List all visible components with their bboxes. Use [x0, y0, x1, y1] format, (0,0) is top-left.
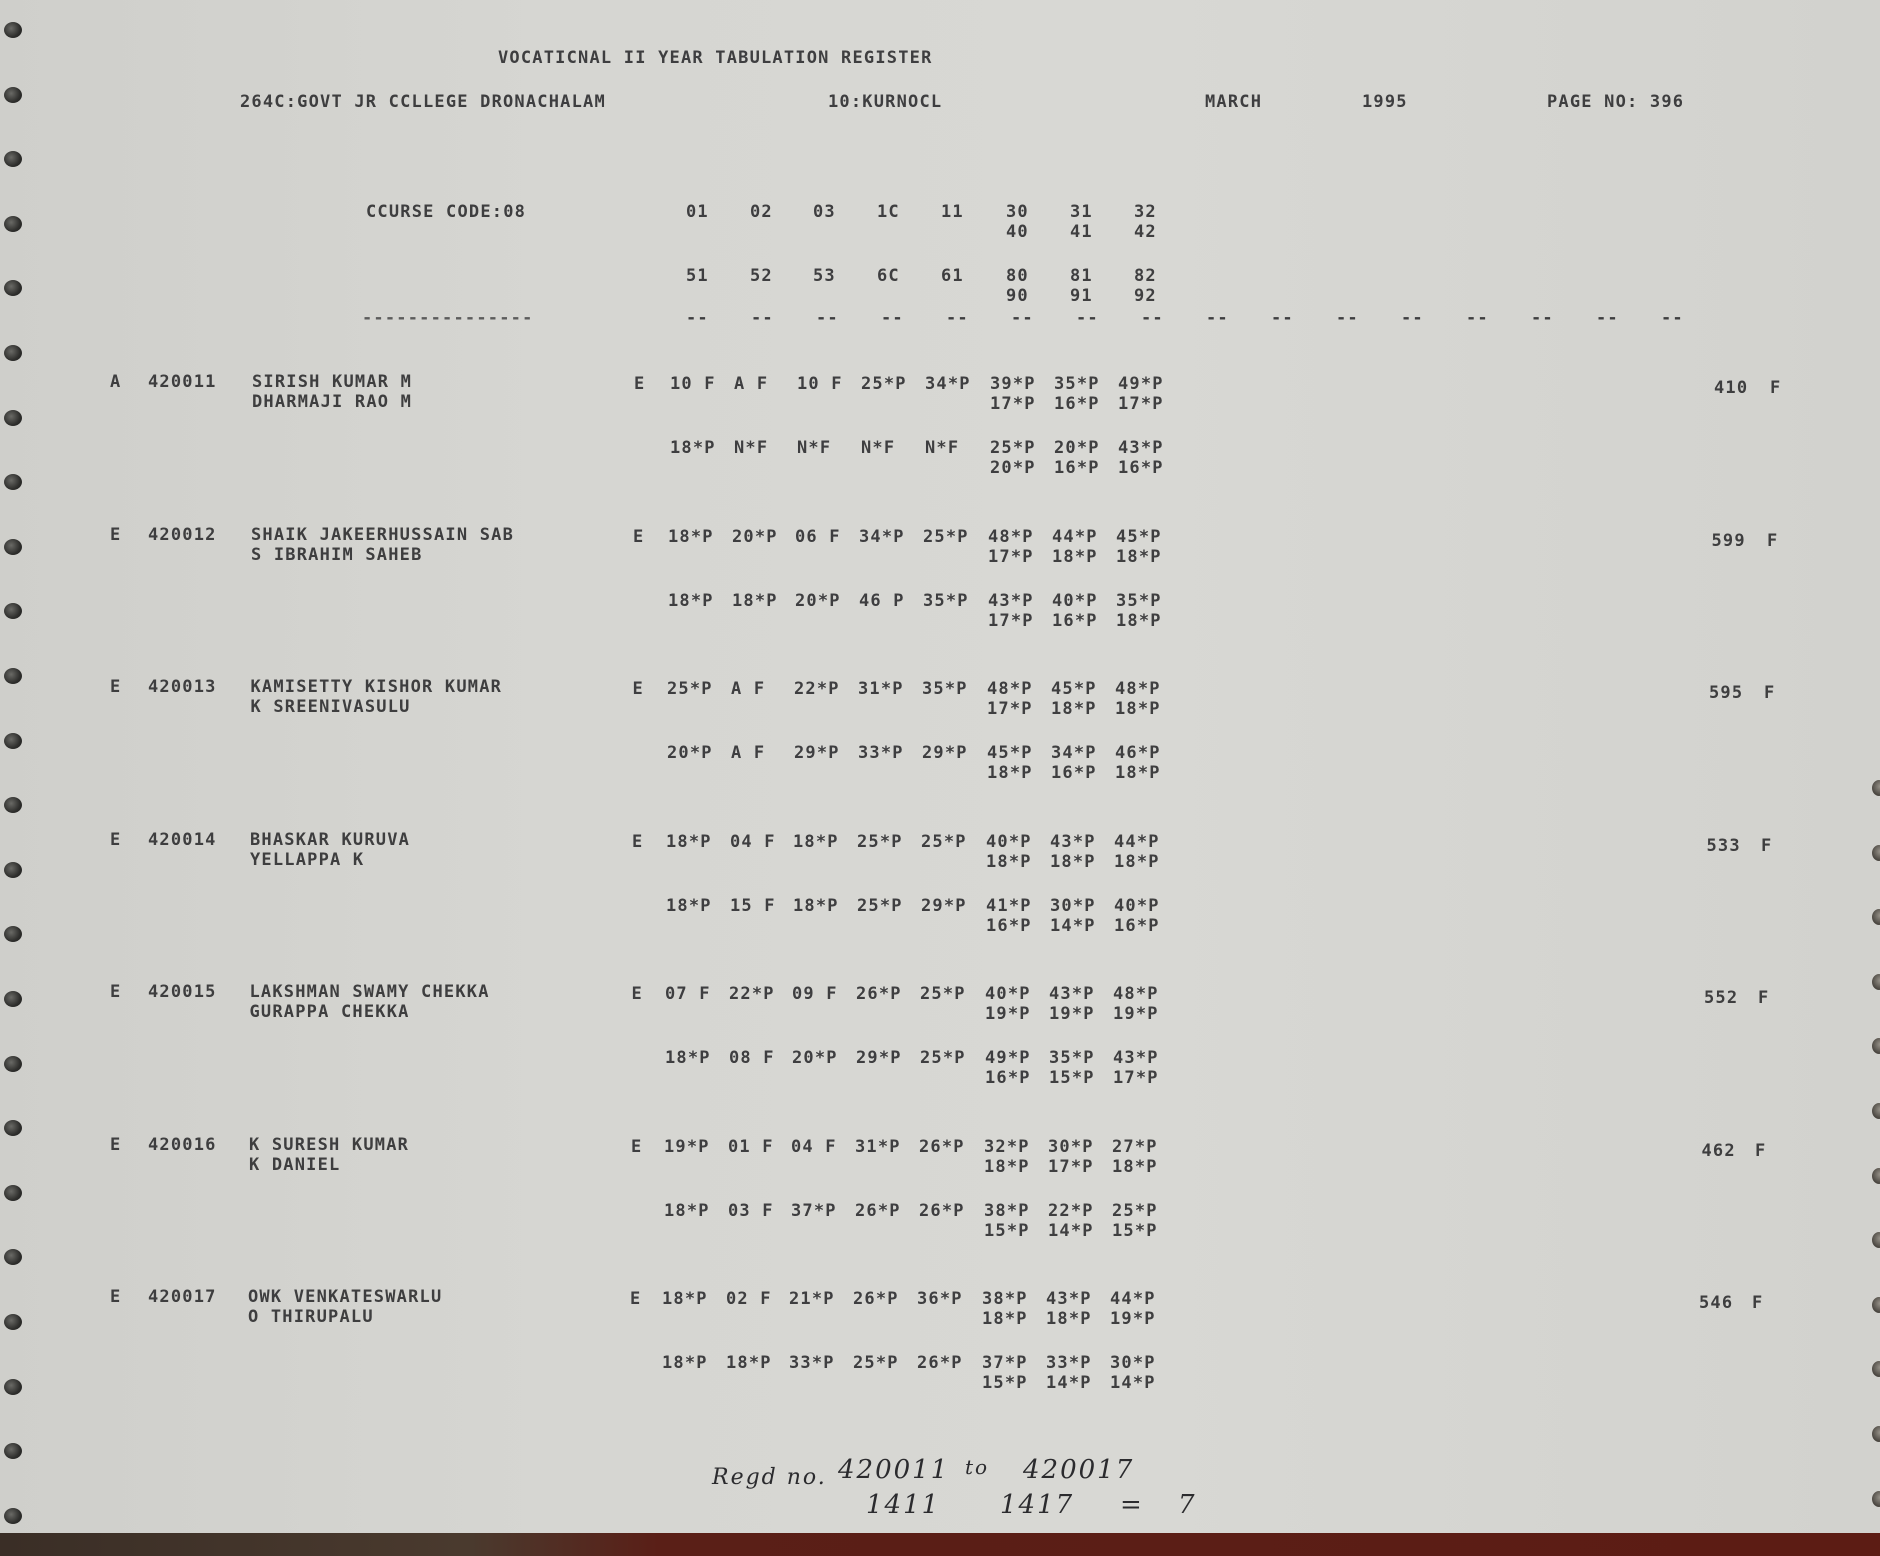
subject-mark: 45*P	[987, 743, 1033, 763]
column-divider: --	[1206, 308, 1229, 328]
punch-hole-icon	[4, 1056, 22, 1072]
subject-mark: 43*P	[1049, 984, 1095, 1004]
exam-month: MARCH	[1205, 92, 1262, 112]
medium-code: E	[631, 1137, 642, 1157]
subject-mark: 25*P	[1112, 1201, 1158, 1221]
subject-sub-code: 42	[1134, 222, 1157, 242]
subject-mark: 43*P	[1046, 1289, 1092, 1309]
subject-mark: 31*P	[855, 1137, 901, 1157]
subject-mark: 48*P	[1113, 984, 1159, 1004]
total-marks: 546	[1699, 1293, 1733, 1313]
subject-sub-mark: 15*P	[1112, 1221, 1158, 1241]
subject-mark: 33*P	[858, 743, 904, 763]
subject-mark: 01 F	[728, 1137, 774, 1157]
subject-sub-mark: 18*P	[1115, 699, 1161, 719]
subject-code: 81	[1070, 266, 1093, 286]
note-label: Regd no.	[712, 1465, 827, 1490]
subject-mark: 25*P	[921, 832, 967, 852]
subject-mark: 25*P	[923, 527, 969, 547]
medium-code: E	[630, 1289, 641, 1309]
note-seq-from: 1411	[866, 1490, 940, 1520]
subject-code: 30	[1006, 202, 1029, 222]
subject-mark: 43*P	[988, 591, 1034, 611]
registration-number: 420012	[148, 525, 217, 545]
subject-sub-mark: 16*P	[985, 1068, 1031, 1088]
subject-sub-mark: 15*P	[984, 1221, 1030, 1241]
subject-mark: 04 F	[791, 1137, 837, 1157]
subject-sub-mark: 15*P	[982, 1373, 1028, 1393]
student-name: OWK VENKATESWARLU	[248, 1287, 442, 1307]
record-category: E	[110, 982, 121, 1002]
subject-code: 82	[1134, 266, 1157, 286]
subject-mark: 20*P	[1054, 438, 1100, 458]
column-divider: --	[1336, 308, 1359, 328]
record-category: E	[110, 1287, 121, 1307]
father-name: K SREENIVASULU	[251, 697, 411, 717]
record-category: E	[110, 525, 121, 545]
record-category: E	[110, 1135, 121, 1155]
punch-hole-icon	[4, 410, 22, 426]
punch-hole-icon	[4, 22, 22, 38]
subject-mark: 26*P	[855, 1201, 901, 1221]
subject-sub-mark: 18*P	[1115, 763, 1161, 783]
subject-code: 01	[686, 202, 709, 222]
subject-mark: 38*P	[984, 1201, 1030, 1221]
registration-number: 420013	[148, 677, 217, 697]
subject-mark: 41*P	[986, 896, 1032, 916]
subject-code: 31	[1070, 202, 1093, 222]
column-divider: --	[686, 308, 709, 328]
subject-mark: 31*P	[858, 679, 904, 699]
subject-mark: A F	[734, 374, 768, 394]
column-divider: --	[1531, 308, 1554, 328]
subject-mark: 15 F	[730, 896, 776, 916]
student-name: SIRISH KUMAR M	[252, 372, 412, 392]
subject-code: 32	[1134, 202, 1157, 222]
subject-sub-mark: 18*P	[1112, 1157, 1158, 1177]
subject-sub-code: 90	[1006, 286, 1029, 306]
column-divider: --	[1596, 308, 1619, 328]
registration-number: 420017	[148, 1287, 217, 1307]
subject-sub-mark: 14*P	[1046, 1373, 1092, 1393]
register-title: VOCATICNAL II YEAR TABULATION REGISTER	[498, 48, 933, 68]
subject-mark: 40*P	[1052, 591, 1098, 611]
subject-mark: 18*P	[670, 438, 716, 458]
subject-mark: 46*P	[1115, 743, 1161, 763]
punch-hole-icon	[4, 991, 22, 1007]
subject-mark: 43*P	[1118, 438, 1164, 458]
subject-sub-mark: 16*P	[1054, 394, 1100, 414]
subject-mark: 34*P	[859, 527, 905, 547]
punch-hole-icon	[4, 1185, 22, 1201]
student-name: KAMISETTY KISHOR KUMAR	[251, 677, 503, 697]
subject-mark: 45*P	[1051, 679, 1097, 699]
subject-mark: 26*P	[853, 1289, 899, 1309]
subject-mark: 20*P	[795, 591, 841, 611]
punch-hole-icon	[1872, 1297, 1880, 1313]
column-divider: --	[946, 308, 969, 328]
subject-sub-mark: 18*P	[984, 1157, 1030, 1177]
punch-hole-icon	[1872, 845, 1880, 861]
record-category: E	[110, 677, 121, 697]
subject-mark: 25*P	[857, 896, 903, 916]
subject-mark: 06 F	[795, 527, 841, 547]
subject-mark: 18*P	[668, 591, 714, 611]
subject-mark: 30*P	[1050, 896, 1096, 916]
total-marks: 599	[1712, 531, 1746, 551]
subject-mark: 09 F	[792, 984, 838, 1004]
subject-mark: 20*P	[667, 743, 713, 763]
subject-mark: 40*P	[1114, 896, 1160, 916]
punch-hole-icon	[4, 862, 22, 878]
subject-sub-code: 40	[1006, 222, 1029, 242]
total-marks: 462	[1702, 1141, 1736, 1161]
record-category: E	[110, 830, 121, 850]
subject-mark: 10 F	[797, 374, 843, 394]
subject-mark: 33*P	[789, 1353, 835, 1373]
subject-code: 6C	[877, 266, 900, 286]
subject-mark: 44*P	[1114, 832, 1160, 852]
subject-sub-mark: 17*P	[1118, 394, 1164, 414]
subject-mark: 26*P	[917, 1353, 963, 1373]
subject-mark: 30*P	[1048, 1137, 1094, 1157]
subject-mark: 22*P	[729, 984, 775, 1004]
subject-mark: 18*P	[665, 1048, 711, 1068]
subject-sub-mark: 18*P	[986, 852, 1032, 872]
punch-hole-icon	[4, 733, 22, 749]
subject-mark: 35*P	[1049, 1048, 1095, 1068]
subject-sub-mark: 17*P	[987, 699, 1033, 719]
subject-code: 80	[1006, 266, 1029, 286]
subject-sub-mark: 14*P	[1048, 1221, 1094, 1241]
subject-mark: 21*P	[789, 1289, 835, 1309]
subject-mark: 18*P	[793, 896, 839, 916]
subject-mark: 39*P	[990, 374, 1036, 394]
subject-mark: 18*P	[666, 832, 712, 852]
subject-mark: 43*P	[1050, 832, 1096, 852]
subject-mark: 33*P	[1046, 1353, 1092, 1373]
result-status: F	[1755, 1141, 1766, 1161]
subject-mark: 18*P	[664, 1201, 710, 1221]
subject-sub-mark: 17*P	[988, 611, 1034, 631]
subject-mark: 25*P	[920, 984, 966, 1004]
subject-sub-mark: 17*P	[990, 394, 1036, 414]
subject-mark: 44*P	[1110, 1289, 1156, 1309]
record-category: A	[110, 372, 121, 392]
subject-sub-mark: 18*P	[1116, 547, 1162, 567]
result-status: F	[1764, 683, 1775, 703]
subject-mark: 22*P	[1048, 1201, 1094, 1221]
note-seq-to: 1417	[1000, 1490, 1074, 1520]
note-equals: =	[1120, 1490, 1144, 1520]
subject-sub-mark: 18*P	[1052, 547, 1098, 567]
result-status: F	[1761, 836, 1772, 856]
subject-sub-mark: 18*P	[1116, 611, 1162, 631]
subject-sub-mark: 16*P	[1054, 458, 1100, 478]
subject-mark: 08 F	[729, 1048, 775, 1068]
district-name: 10:KURNOCL	[828, 92, 942, 112]
subject-mark: 29*P	[794, 743, 840, 763]
subject-mark: 19*P	[664, 1137, 710, 1157]
subject-mark: 49*P	[1118, 374, 1164, 394]
subject-mark: 34*P	[925, 374, 971, 394]
subject-code: 51	[686, 266, 709, 286]
medium-code: E	[633, 527, 644, 547]
punch-hole-icon	[4, 1379, 22, 1395]
medium-code: E	[634, 374, 645, 394]
column-divider: --	[1401, 308, 1424, 328]
subject-mark: 18*P	[732, 591, 778, 611]
father-name: S IBRAHIM SAHEB	[251, 545, 423, 565]
subject-code: 11	[941, 202, 964, 222]
punch-hole-icon	[4, 345, 22, 361]
subject-sub-mark: 14*P	[1110, 1373, 1156, 1393]
subject-mark: A F	[731, 743, 765, 763]
column-divider: --	[881, 308, 904, 328]
subject-code: 1C	[877, 202, 900, 222]
subject-mark: 07 F	[665, 984, 711, 1004]
father-name: GURAPPA CHEKKA	[250, 1002, 410, 1022]
note-reg-from: 420011	[838, 1455, 949, 1485]
subject-mark: N*F	[734, 438, 768, 458]
subject-sub-mark: 18*P	[982, 1309, 1028, 1329]
punch-hole-icon	[1872, 1168, 1880, 1184]
column-divider: --	[751, 308, 774, 328]
result-status: F	[1770, 378, 1781, 398]
subject-mark: 22*P	[794, 679, 840, 699]
subject-mark: 03 F	[728, 1201, 774, 1221]
subject-code: 52	[750, 266, 773, 286]
subject-mark: 26*P	[856, 984, 902, 1004]
punch-hole-icon	[4, 1314, 22, 1330]
student-name: SHAIK JAKEERHUSSAIN SAB	[251, 525, 514, 545]
subject-mark: 37*P	[982, 1353, 1028, 1373]
punch-hole-icon	[1872, 909, 1880, 925]
registration-number: 420016	[148, 1135, 217, 1155]
medium-code: E	[632, 984, 643, 1004]
subject-mark: 43*P	[1113, 1048, 1159, 1068]
page-number: PAGE NO: 396	[1547, 92, 1684, 112]
subject-mark: 44*P	[1052, 527, 1098, 547]
note-sep: to	[965, 1455, 989, 1479]
subject-mark: 25*P	[853, 1353, 899, 1373]
punch-hole-icon	[4, 668, 22, 684]
subject-mark: 25*P	[861, 374, 907, 394]
subject-mark: N*F	[925, 438, 959, 458]
subject-mark: A F	[731, 679, 765, 699]
subject-sub-mark: 19*P	[1113, 1004, 1159, 1024]
total-marks: 410	[1714, 378, 1748, 398]
subject-mark: 10 F	[670, 374, 716, 394]
subject-mark: 26*P	[919, 1201, 965, 1221]
subject-sub-mark: 17*P	[1048, 1157, 1094, 1177]
registration-number: 420015	[148, 982, 217, 1002]
column-divider: --	[1661, 308, 1684, 328]
subject-mark: 02 F	[726, 1289, 772, 1309]
subject-mark: 49*P	[985, 1048, 1031, 1068]
father-name: K DANIEL	[249, 1155, 340, 1175]
registration-number: 420011	[148, 372, 217, 392]
college-name: 264C:GOVT JR CCLLEGE DRONACHALAM	[240, 92, 606, 112]
subject-mark: N*F	[861, 438, 895, 458]
course-label-underline: ---------------	[362, 308, 534, 328]
subject-mark: 18*P	[793, 832, 839, 852]
punch-hole-icon	[1872, 1491, 1880, 1507]
subject-sub-mark: 19*P	[1049, 1004, 1095, 1024]
subject-sub-mark: 17*P	[988, 547, 1034, 567]
subject-sub-mark: 14*P	[1050, 916, 1096, 936]
subject-sub-mark: 16*P	[986, 916, 1032, 936]
subject-mark: 35*P	[1116, 591, 1162, 611]
total-marks: 552	[1704, 988, 1738, 1008]
subject-mark: 29*P	[856, 1048, 902, 1068]
total-marks: 595	[1709, 683, 1743, 703]
column-divider: --	[1141, 308, 1164, 328]
subject-sub-mark: 16*P	[1118, 458, 1164, 478]
subject-code: 61	[941, 266, 964, 286]
subject-sub-code: 41	[1070, 222, 1093, 242]
subject-sub-mark: 18*P	[987, 763, 1033, 783]
medium-code: E	[633, 679, 644, 699]
subject-mark: 18*P	[662, 1289, 708, 1309]
subject-mark: 35*P	[923, 591, 969, 611]
subject-sub-mark: 19*P	[985, 1004, 1031, 1024]
subject-mark: 37*P	[791, 1201, 837, 1221]
subject-code: 53	[813, 266, 836, 286]
subject-mark: 25*P	[667, 679, 713, 699]
subject-mark: 46 P	[859, 591, 905, 611]
punch-hole-icon	[4, 216, 22, 232]
subject-mark: 26*P	[919, 1137, 965, 1157]
course-code-label: CCURSE CODE:08	[366, 202, 526, 222]
subject-sub-mark: 18*P	[1114, 852, 1160, 872]
subject-mark: 40*P	[986, 832, 1032, 852]
column-divider: --	[1466, 308, 1489, 328]
subject-sub-mark: 16*P	[1114, 916, 1160, 936]
student-name: K SURESH KUMAR	[249, 1135, 409, 1155]
subject-sub-code: 92	[1134, 286, 1157, 306]
punch-hole-icon	[4, 1508, 22, 1524]
student-name: LAKSHMAN SWAMY CHEKKA	[250, 982, 490, 1002]
subject-mark: 40*P	[985, 984, 1031, 1004]
subject-mark: 32*P	[984, 1137, 1030, 1157]
total-marks: 533	[1707, 836, 1741, 856]
father-name: O THIRUPALU	[248, 1307, 374, 1327]
punch-hole-icon	[1872, 1232, 1880, 1248]
punch-hole-icon	[1872, 1103, 1880, 1119]
subject-mark: 30*P	[1110, 1353, 1156, 1373]
subject-mark: 25*P	[990, 438, 1036, 458]
subject-mark: 20*P	[792, 1048, 838, 1068]
subject-mark: 27*P	[1112, 1137, 1158, 1157]
subject-code: 02	[750, 202, 773, 222]
column-divider: --	[1076, 308, 1099, 328]
note-reg-to: 420017	[1023, 1455, 1134, 1485]
subject-sub-code: 91	[1070, 286, 1093, 306]
subject-mark: 25*P	[857, 832, 903, 852]
subject-sub-mark: 18*P	[1051, 699, 1097, 719]
subject-sub-mark: 17*P	[1113, 1068, 1159, 1088]
subject-sub-mark: 18*P	[1050, 852, 1096, 872]
subject-mark: 36*P	[917, 1289, 963, 1309]
subject-mark: 29*P	[921, 896, 967, 916]
subject-mark: 45*P	[1116, 527, 1162, 547]
subject-mark: 48*P	[988, 527, 1034, 547]
result-status: F	[1767, 531, 1778, 551]
subject-code: 03	[813, 202, 836, 222]
desk-surface	[0, 1533, 1880, 1556]
student-name: BHASKAR KURUVA	[250, 830, 410, 850]
result-status: F	[1752, 1293, 1763, 1313]
subject-sub-mark: 20*P	[990, 458, 1036, 478]
subject-mark: 20*P	[732, 527, 778, 547]
subject-mark: 48*P	[987, 679, 1033, 699]
registration-number: 420014	[148, 830, 217, 850]
subject-mark: 18*P	[666, 896, 712, 916]
subject-sub-mark: 16*P	[1051, 763, 1097, 783]
subject-mark: 38*P	[982, 1289, 1028, 1309]
father-name: YELLAPPA K	[250, 850, 364, 870]
subject-mark: 18*P	[726, 1353, 772, 1373]
subject-mark: N*F	[797, 438, 831, 458]
punch-hole-icon	[4, 539, 22, 555]
note-count: 7	[1178, 1490, 1197, 1520]
punch-hole-icon	[1872, 780, 1880, 796]
subject-mark: 18*P	[668, 527, 714, 547]
subject-mark: 48*P	[1115, 679, 1161, 699]
subject-mark: 35*P	[922, 679, 968, 699]
punch-hole-icon	[4, 87, 22, 103]
exam-year: 1995	[1362, 92, 1408, 112]
subject-mark: 04 F	[730, 832, 776, 852]
column-divider: --	[1271, 308, 1294, 328]
punch-hole-icon	[1872, 974, 1880, 990]
medium-code: E	[632, 832, 643, 852]
subject-sub-mark: 15*P	[1049, 1068, 1095, 1088]
subject-sub-mark: 18*P	[1046, 1309, 1092, 1329]
subject-mark: 29*P	[922, 743, 968, 763]
column-divider: --	[816, 308, 839, 328]
subject-mark: 34*P	[1051, 743, 1097, 763]
father-name: DHARMAJI RAO M	[252, 392, 412, 412]
subject-mark: 35*P	[1054, 374, 1100, 394]
subject-mark: 25*P	[920, 1048, 966, 1068]
column-divider: --	[1011, 308, 1034, 328]
result-status: F	[1758, 988, 1769, 1008]
punch-hole-icon	[1872, 1426, 1880, 1442]
subject-sub-mark: 16*P	[1052, 611, 1098, 631]
subject-sub-mark: 19*P	[1110, 1309, 1156, 1329]
subject-mark: 18*P	[662, 1353, 708, 1373]
